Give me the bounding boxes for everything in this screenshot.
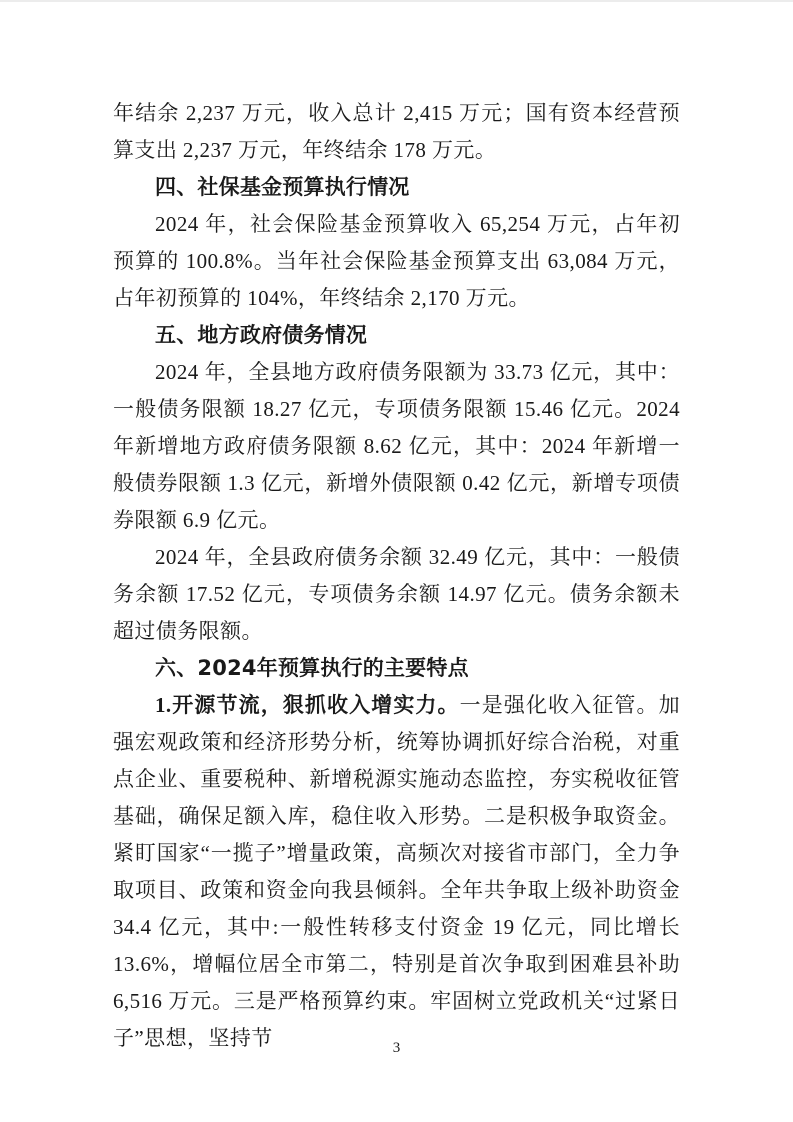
paragraph-feature-1-revenue: 1.开源节流，狠抓收入增实力。一是强化收入征管。加强宏观政策和经济形势分析，统筹…: [113, 687, 680, 1057]
paragraph-feature-1-bold-lead: 1.开源节流，狠抓收入增实力。: [155, 693, 460, 717]
paragraph-debt-limit: 2024 年，全县地方政府债务限额为 33.73 亿元，其中：一般债务限额 18…: [113, 354, 680, 539]
section-heading-social-insurance-fund: 四、社保基金预算执行情况: [113, 169, 680, 206]
section-heading-2024-budget-features: 六、2024年预算执行的主要特点: [113, 650, 680, 687]
document-body: 年结余 2,237 万元，收入总计 2,415 万元；国有资本经营预算支出 2,…: [113, 95, 680, 1057]
paragraph-debt-balance: 2024 年，全县政府债务余额 32.49 亿元，其中：一般债务余额 17.52…: [113, 539, 680, 650]
paragraph-social-insurance-fund: 2024 年，社会保险基金预算收入 65,254 万元，占年初预算的 100.8…: [113, 206, 680, 317]
page-number: 3: [0, 1038, 793, 1058]
section-heading-local-government-debt: 五、地方政府债务情况: [113, 317, 680, 354]
document-page: 年结余 2,237 万元，收入总计 2,415 万元；国有资本经营预算支出 2,…: [0, 0, 793, 1122]
paragraph-state-capital-budget-continuation: 年结余 2,237 万元，收入总计 2,415 万元；国有资本经营预算支出 2,…: [113, 95, 680, 169]
paragraph-feature-1-body: 一是强化收入征管。加强宏观政策和经济形势分析，统筹协调抓好综合治税，对重点企业、…: [113, 693, 680, 1050]
